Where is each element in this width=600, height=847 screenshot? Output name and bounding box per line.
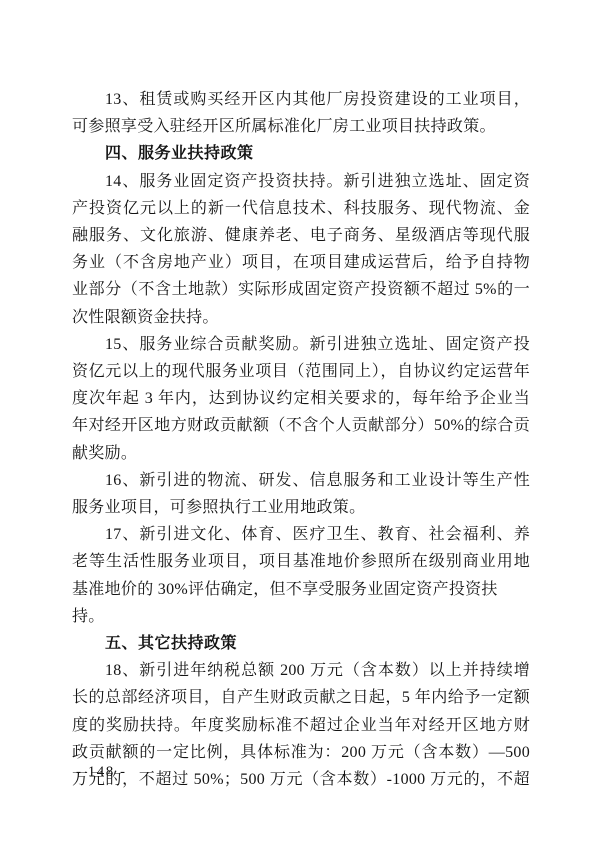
text-line: 务业（不含房地产业）项目，在项目建成运营后，给予自持物 bbox=[72, 249, 530, 276]
text-line: 政贡献额的一定比例，具体标准为：200 万元（含本数）—500 bbox=[72, 739, 530, 766]
text-line: 度的奖励扶持。年度奖励标准不超过企业当年对经开区地方财 bbox=[72, 712, 530, 739]
section-heading: 四、服务业扶持政策 bbox=[72, 140, 530, 167]
text-line: 万元的，不超过 50%；500 万元（含本数）-1000 万元的，不超 bbox=[72, 766, 530, 793]
text-line: 融服务、文化旅游、健康养老、电子商务、星级酒店等现代服 bbox=[72, 222, 530, 249]
text-line: 服务业项目，可参照执行工业用地政策。 bbox=[72, 494, 530, 521]
section-heading: 五、其它扶持政策 bbox=[72, 630, 530, 657]
text-line: 可参照享受入驻经开区所属标准化厂房工业项目扶持政策。 bbox=[72, 113, 530, 140]
text-line: 资亿元以上的现代服务业项目（范围同上），自协议约定运营年 bbox=[72, 358, 530, 385]
page-number: - 148 - bbox=[76, 764, 127, 781]
text-line: 年对经开区地方财政贡献额（不含个人贡献部分）50%的综合贡 bbox=[72, 412, 530, 439]
text-line: 17、新引进文化、体育、医疗卫生、教育、社会福利、养 bbox=[72, 521, 530, 548]
text-line: 18、新引进年纳税总额 200 万元（含本数）以上并持续增 bbox=[72, 657, 530, 684]
document-page: 13、租赁或购买经开区内其他厂房投资建设的工业项目， 可参照享受入驻经开区所属标… bbox=[0, 0, 600, 847]
text-line: 次性限额资金扶持。 bbox=[72, 304, 530, 331]
text-line: 度次年起 3 年内，达到协议约定相关要求的，每年给予企业当 bbox=[72, 385, 530, 412]
text-line: 14、服务业固定资产投资扶持。新引进独立选址、固定资 bbox=[72, 168, 530, 195]
text-line: 基准地价的 30%评估确定，但不享受服务业固定资产投资扶持。 bbox=[72, 576, 530, 630]
text-line: 15、服务业综合贡献奖励。新引进独立选址、固定资产投 bbox=[72, 331, 530, 358]
text-line: 献奖励。 bbox=[72, 440, 530, 467]
text-line: 产投资亿元以上的新一代信息技术、科技服务、现代物流、金 bbox=[72, 195, 530, 222]
text-line: 13、租赁或购买经开区内其他厂房投资建设的工业项目， bbox=[72, 86, 530, 113]
text-line: 老等生活性服务业项目，项目基准地价参照所在级别商业用地 bbox=[72, 548, 530, 575]
text-line: 长的总部经济项目，自产生财政贡献之日起，5 年内给予一定额 bbox=[72, 684, 530, 711]
text-line: 业部分（不含土地款）实际形成固定资产投资额不超过 5%的一 bbox=[72, 276, 530, 303]
text-line: 16、新引进的物流、研发、信息服务和工业设计等生产性 bbox=[72, 467, 530, 494]
